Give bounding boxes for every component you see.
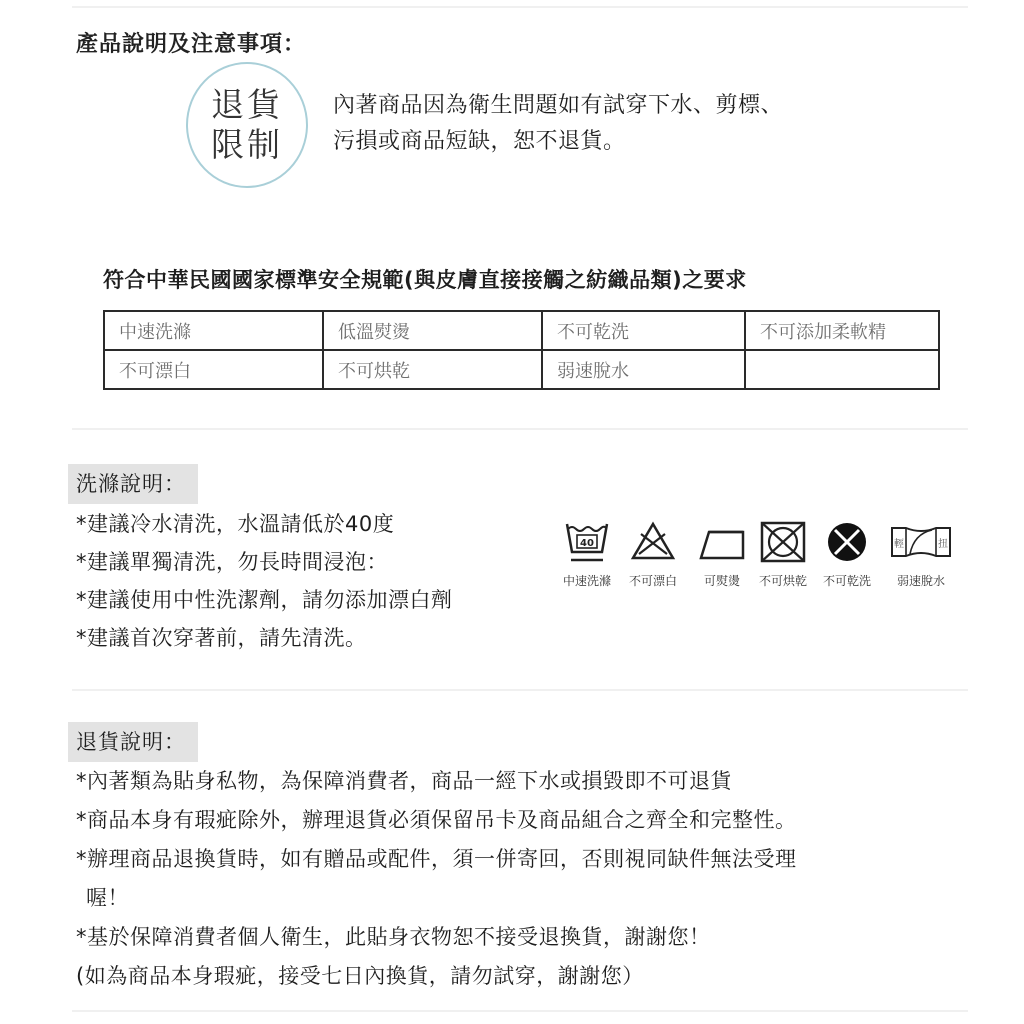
table-cell: 不可乾洗 <box>542 311 745 350</box>
gentle-wring-icon: 輕 扭 <box>888 520 954 564</box>
table-row: 不可漂白 不可烘乾 弱速脫水 <box>104 350 939 389</box>
list-item: *建議單獨清洗，勿長時間浸泡： <box>76 543 453 581</box>
care-symbol-no-dry-clean: 不可乾洗 <box>823 520 871 589</box>
care-symbol-gentle-wring: 輕 扭 弱速脫水 <box>888 520 954 589</box>
care-label: 可熨燙 <box>704 572 740 589</box>
divider <box>72 1010 968 1012</box>
care-symbol-iron: 可熨燙 <box>697 520 747 589</box>
notice-line-2: 污損或商品短缺，恕不退貨。 <box>333 124 783 160</box>
svg-text:輕: 輕 <box>894 537 904 550</box>
table-cell: 中速洗滌 <box>104 311 323 350</box>
list-item: *基於保障消費者個人衛生，此貼身衣物恕不接受退換貨，謝謝您！ <box>76 918 797 957</box>
care-label: 弱速脫水 <box>897 572 945 589</box>
standards-title: 符合中華民國國家標準安全規範(與皮膚直接接觸之紡織品類)之要求 <box>103 264 747 294</box>
svg-text:40: 40 <box>580 538 594 549</box>
list-item: *辦理商品退換貨時，如有贈品或配件，須一併寄回，否則視同缺件無法受理 <box>76 840 797 879</box>
table-cell: 低溫熨燙 <box>323 311 542 350</box>
wash-40-icon: 40 <box>563 520 611 564</box>
table-cell: 不可烘乾 <box>323 350 542 389</box>
svg-text:扭: 扭 <box>938 537 948 550</box>
list-item: *內著類為貼身私物，為保障消費者，商品一經下水或損毀即不可退貨 <box>76 762 797 801</box>
list-item: *建議冷水清洗，水溫請低於40度 <box>76 505 453 543</box>
care-label: 不可烘乾 <box>759 572 807 589</box>
no-dry-clean-icon <box>824 520 870 564</box>
badge-line-1: 退貨 <box>211 85 283 125</box>
washing-instructions-list: *建議冷水清洗，水溫請低於40度 *建議單獨清洗，勿長時間浸泡： *建議使用中性… <box>76 505 453 657</box>
table-row: 中速洗滌 低溫熨燙 不可乾洗 不可添加柔軟精 <box>104 311 939 350</box>
no-bleach-icon <box>629 520 677 564</box>
care-standards-table: 中速洗滌 低溫熨燙 不可乾洗 不可添加柔軟精 不可漂白 不可烘乾 弱速脫水 <box>103 310 940 390</box>
returns-heading: 退貨說明： <box>68 722 198 762</box>
care-label: 不可漂白 <box>629 572 677 589</box>
table-cell: 弱速脫水 <box>542 350 745 389</box>
care-symbol-wash: 40 中速洗滌 <box>563 520 611 589</box>
list-item: *建議使用中性洗潔劑，請勿添加漂白劑 <box>76 581 453 619</box>
table-cell: 不可添加柔軟精 <box>745 311 939 350</box>
care-label: 不可乾洗 <box>823 572 871 589</box>
iron-icon <box>697 520 747 564</box>
divider <box>72 689 968 691</box>
page-title: 產品說明及注意事項： <box>76 27 306 58</box>
badge-line-2: 限制 <box>211 125 283 165</box>
table-cell <box>745 350 939 389</box>
care-symbols: 40 中速洗滌 不可漂白 可熨燙 <box>563 520 958 600</box>
divider <box>72 6 968 8</box>
no-tumble-dry-icon <box>758 520 808 564</box>
table-cell: 不可漂白 <box>104 350 323 389</box>
returns-policy-list: *內著類為貼身私物，為保障消費者，商品一經下水或損毀即不可退貨 *商品本身有瑕疵… <box>76 762 797 996</box>
notice-line-1: 內著商品因為衛生問題如有試穿下水、剪標、 <box>333 88 783 124</box>
care-symbol-no-bleach: 不可漂白 <box>629 520 677 589</box>
list-item: *建議首次穿著前，請先清洗。 <box>76 619 453 657</box>
care-symbol-no-tumble-dry: 不可烘乾 <box>758 520 808 589</box>
return-restriction-badge: 退貨 限制 <box>186 62 308 188</box>
care-label: 中速洗滌 <box>563 572 611 589</box>
return-restriction-notice: 內著商品因為衛生問題如有試穿下水、剪標、 污損或商品短缺，恕不退貨。 <box>333 88 783 160</box>
washing-heading: 洗滌說明： <box>68 464 198 504</box>
list-item: (如為商品本身瑕疵，接受七日內換貨，請勿試穿，謝謝您） <box>76 957 797 996</box>
list-item: 喔！ <box>76 879 797 918</box>
list-item: *商品本身有瑕疵除外，辦理退貨必須保留吊卡及商品組合之齊全和完整性。 <box>76 801 797 840</box>
product-notice-page: 產品說明及注意事項： 退貨 限制 內著商品因為衛生問題如有試穿下水、剪標、 污損… <box>0 0 1024 1024</box>
divider <box>72 428 968 430</box>
